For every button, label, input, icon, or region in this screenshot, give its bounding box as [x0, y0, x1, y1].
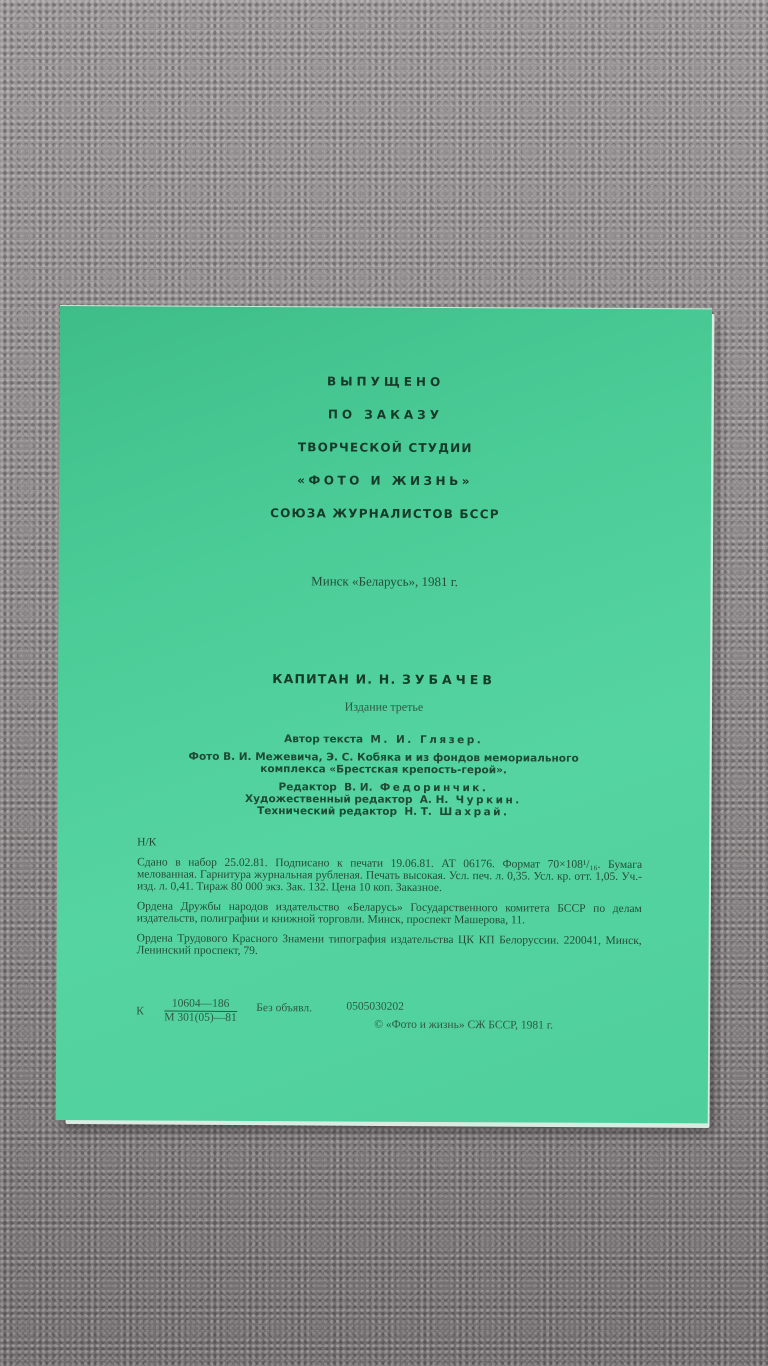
- publisher-city-year: Минск «Беларусь», 1981 г.: [59, 572, 711, 591]
- header-line-studio-name: «ФОТО И ЖИЗНЬ»: [59, 473, 711, 488]
- copyright-line: © «Фото и жизнь» СЖ БССР, 1981 г.: [374, 1019, 553, 1032]
- booklet-title: КАПИТАН И. Н. ЗУБАЧЕВ: [58, 670, 710, 688]
- k-index-letter: К: [136, 1005, 144, 1017]
- imprint-nk: Н/К: [137, 836, 642, 851]
- author-credit: Автор текста М. И. Глязер.: [58, 732, 710, 747]
- credits-block: Автор текста М. И. Глязер. Фото В. И. Ме…: [57, 732, 709, 819]
- no-announcement-note: Без объявл.: [256, 1002, 312, 1014]
- header-line-order: ПО ЗАКАЗУ: [59, 407, 711, 422]
- header-line-released: ВЫПУЩЕНО: [60, 374, 712, 389]
- commission-header: ВЫПУЩЕНО ПО ЗАКАЗУ ТВОРЧЕСКОЙ СТУДИИ «ФО…: [59, 374, 712, 542]
- imprint-publisher: Ордена Дружбы народов издательство «Бела…: [137, 900, 642, 927]
- imprint-production-details: Сдано в набор 25.02.81. Подписано к печа…: [137, 856, 642, 895]
- header-line-union: СОЮЗА ЖУРНАЛИСТОВ БССР: [59, 506, 711, 521]
- booklet-back-cover: ВЫПУЩЕНО ПО ЗАКАЗУ ТВОРЧЕСКОЙ СТУДИИ «ФО…: [56, 305, 712, 1123]
- edition-note: Издание третье: [58, 698, 710, 716]
- header-line-studio: ТВОРЧЕСКОЙ СТУДИИ: [59, 440, 711, 455]
- catalog-fraction: 10604—186 М 301(05)—81: [164, 998, 237, 1025]
- title-prefix: КАПИТАН И. Н.: [272, 671, 396, 687]
- catalog-code: 0505030202: [346, 1001, 404, 1013]
- photo-credit: Фото В. И. Межевича, Э. С. Кобяка и из ф…: [58, 750, 710, 777]
- imprint-block: Н/К Сдано в набор 25.02.81. Подписано к …: [137, 836, 643, 967]
- fraction-numerator: 10604—186: [164, 998, 237, 1012]
- catalog-codes: К 10604—186 М 301(05)—81 Без объявл. 050…: [136, 997, 656, 1040]
- tech-editor-credit: Технический редактор Н. Т. Шахрай.: [57, 804, 709, 819]
- title-surname: ЗУБАЧЕВ: [402, 672, 496, 687]
- imprint-printer: Ордена Трудового Красного Знамени типогр…: [137, 932, 642, 959]
- fraction-denominator: М 301(05)—81: [164, 1012, 237, 1025]
